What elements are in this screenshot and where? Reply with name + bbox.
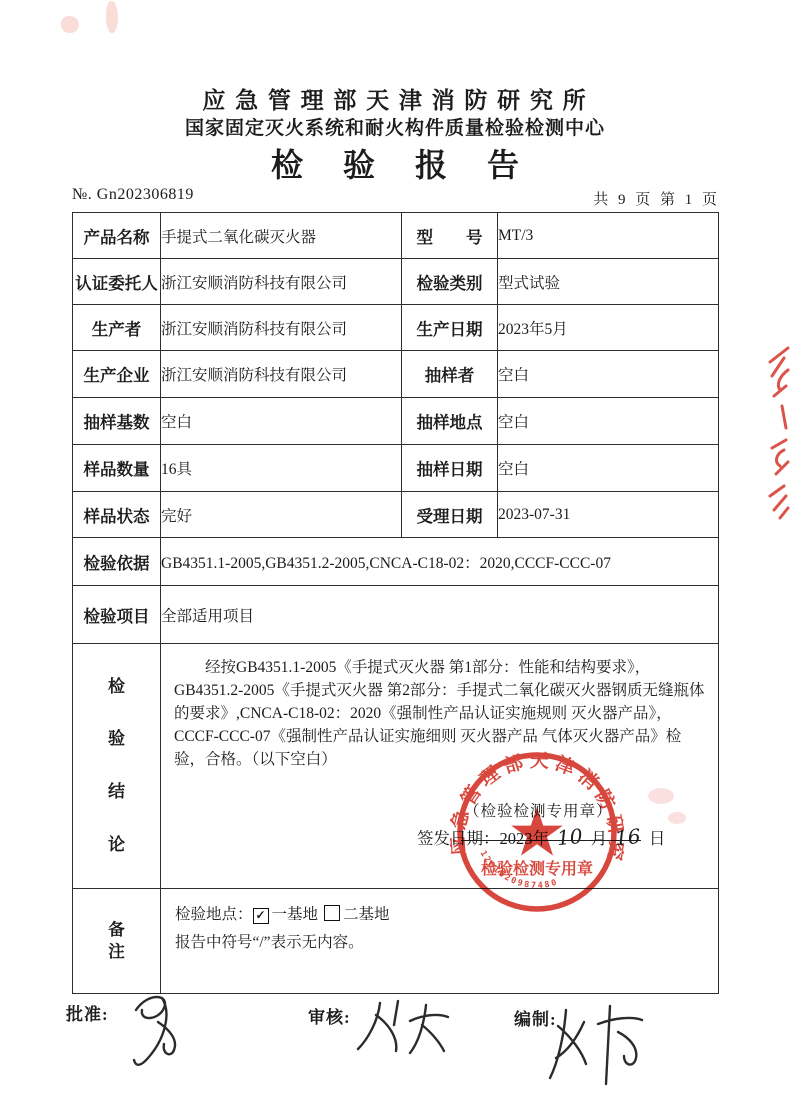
field-label: 抽样地点	[402, 398, 498, 445]
table-row: 检验项目 全部适用项目	[73, 586, 719, 644]
table-row: 样品状态 完好 受理日期 2023-07-31	[73, 492, 719, 538]
table-row: 抽样基数 空白 抽样地点 空白	[73, 398, 719, 445]
field-label: 抽样日期	[402, 445, 498, 492]
report-number: №. Gn202306819	[72, 186, 194, 204]
approve-signature	[118, 988, 198, 1078]
field-value: 手提式二氧化碳灭火器	[161, 213, 402, 259]
table-row: 生产者 浙江安顺消防科技有限公司 生产日期 2023年5月	[73, 305, 719, 351]
field-value: 2023-07-31	[498, 492, 719, 538]
field-value: 全部适用项目	[161, 586, 719, 644]
day-label: 日	[649, 829, 666, 848]
page-edge-seal-marks	[760, 336, 790, 521]
field-value: 空白	[498, 398, 719, 445]
location-prefix: 检验地点：	[175, 906, 253, 923]
field-label: 认证委托人	[73, 259, 161, 305]
official-seal: 应急管理部天津消防研究所 检验检测专用章 1201020987480	[450, 745, 624, 919]
svg-text:应急管理部天津消防研究所: 应急管理部天津消防研究所	[450, 745, 624, 862]
conclusion-cell: 经按GB4351.1-2005《手提式灭火器 第1部分：性能和结构要求》，GB4…	[161, 644, 719, 889]
seal-residue	[668, 812, 686, 824]
red-smudge	[106, 1, 118, 33]
inspection-location-line: 检验地点：✓一基地二基地	[175, 901, 708, 929]
report-title: 检 验 报 告	[0, 140, 790, 186]
field-label: 型 号	[402, 213, 498, 259]
field-label: 检验依据	[73, 538, 161, 586]
field-value: 浙江安顺消防科技有限公司	[161, 351, 402, 398]
testing-center-name: 国家固定灭火系统和耐火构件质量检验检测中心	[0, 113, 790, 140]
page-count: 共 9 页 第 1 页	[593, 188, 720, 209]
red-smudge	[61, 16, 79, 33]
conclusion-label: 检 验 结 论	[73, 644, 161, 889]
seal-residue	[648, 788, 674, 804]
field-label: 生产企业	[73, 351, 161, 398]
approve-label: 批准:	[66, 1000, 109, 1025]
review-label: 审核:	[308, 1003, 351, 1028]
field-value: 浙江安顺消防科技有限公司	[161, 305, 402, 351]
field-label: 检验类别	[402, 259, 498, 305]
checkbox-unchecked[interactable]	[324, 905, 340, 921]
table-row: 生产企业 浙江安顺消防科技有限公司 抽样者 空白	[73, 351, 719, 398]
table-row: 检验依据 GB4351.1-2005,GB4351.2-2005,CNCA-C1…	[73, 538, 719, 586]
prepare-signature	[540, 998, 660, 1090]
checkbox-checked[interactable]: ✓	[253, 908, 269, 924]
base2-label: 二基地	[343, 906, 390, 923]
base1-label: 一基地	[272, 906, 319, 923]
remark-note: 报告中符号“/”表示无内容。	[175, 929, 708, 957]
field-label: 样品状态	[73, 492, 161, 538]
field-value: 空白	[161, 398, 402, 445]
table-row: 认证委托人 浙江安顺消防科技有限公司 检验类别 型式试验	[73, 259, 719, 305]
field-label: 检验项目	[73, 586, 161, 644]
table-row: 产品名称 手提式二氧化碳灭火器 型 号 MT/3	[73, 213, 719, 259]
field-value: GB4351.1-2005,GB4351.2-2005,CNCA-C18-02：…	[161, 538, 719, 586]
field-label: 样品数量	[73, 445, 161, 492]
field-value: 浙江安顺消防科技有限公司	[161, 259, 402, 305]
field-value: 空白	[498, 351, 719, 398]
field-label: 生产者	[73, 305, 161, 351]
field-value: 2023年5月	[498, 305, 719, 351]
field-label: 受理日期	[402, 492, 498, 538]
star-icon	[511, 807, 563, 856]
inspection-report-page: 应 急 管 理 部 天 津 消 防 研 究 所 国家固定灭火系统和耐火构件质量检…	[0, 0, 790, 1116]
conclusion-text: 经按GB4351.1-2005《手提式灭火器 第1部分：性能和结构要求》，GB4…	[174, 657, 710, 772]
field-value: 完好	[161, 492, 402, 538]
seal-ring-text: 应急管理部天津消防研究所	[450, 745, 624, 862]
field-label: 抽样基数	[73, 398, 161, 445]
organization-title: 应 急 管 理 部 天 津 消 防 研 究 所	[0, 82, 790, 115]
field-value: 空白	[498, 445, 719, 492]
field-label: 抽样者	[402, 351, 498, 398]
field-label: 生产日期	[402, 305, 498, 351]
remark-cell: 检验地点：✓一基地二基地 报告中符号“/”表示无内容。	[161, 889, 719, 994]
field-value: 16具	[161, 445, 402, 492]
field-label: 产品名称	[73, 213, 161, 259]
edge-seal-fragment	[760, 336, 790, 521]
remark-label: 备 注	[73, 889, 161, 994]
field-value: MT/3	[498, 213, 719, 259]
review-signature	[352, 995, 462, 1061]
table-row: 样品数量 16具 抽样日期 空白	[73, 445, 719, 492]
field-value: 型式试验	[498, 259, 719, 305]
